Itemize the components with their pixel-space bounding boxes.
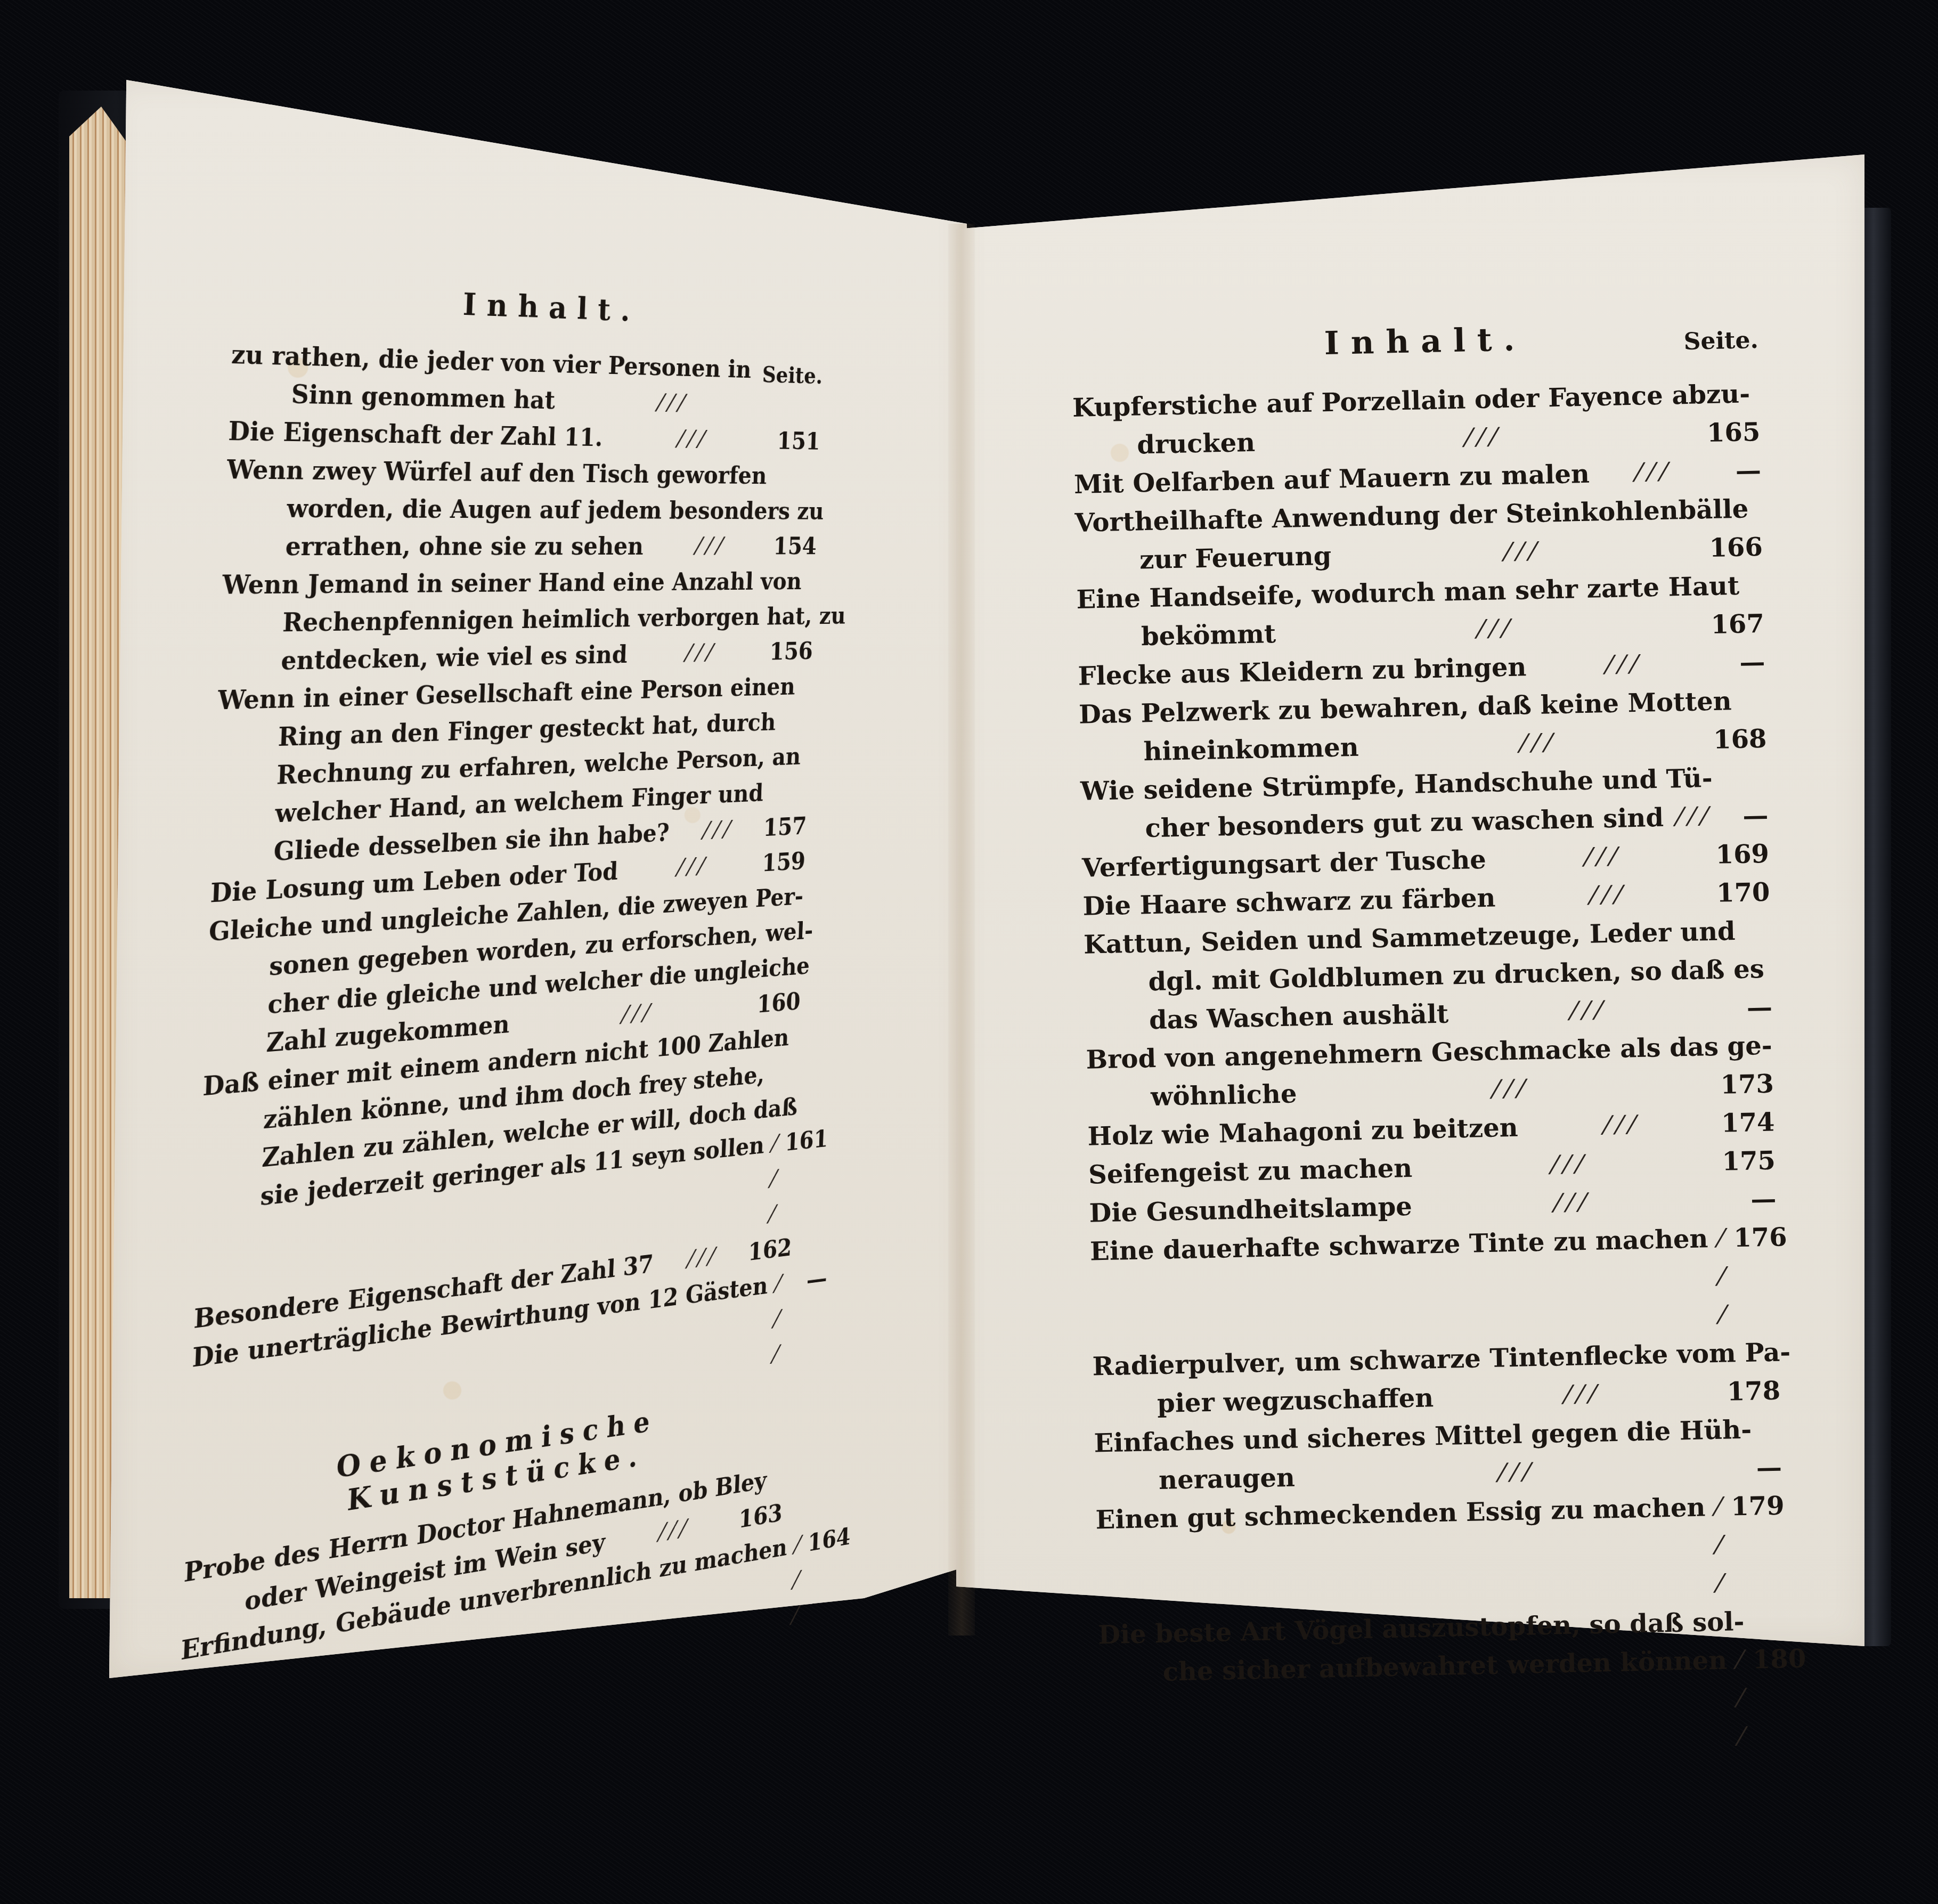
toc-entry-text: neraugen <box>1158 1459 1295 1500</box>
toc-entry-text: errathen, ohne sie zu sehen <box>284 528 644 566</box>
page-number: 169 <box>1715 835 1770 874</box>
toc-entry: Die beste Art Vögel auszustopfen, so daß… <box>1098 1601 1788 1769</box>
toc-entry-text: Wenn Jemand in seiner Hand eine Anzahl v… <box>222 564 802 605</box>
right-page-text: Inhalt. Seite. Kupferstiche auf Porzella… <box>1071 316 1788 1769</box>
leader-dots: ⁄ ⁄ ⁄ <box>643 528 774 564</box>
page-number: 173 <box>1720 1065 1774 1104</box>
leader-dots: ⁄ ⁄ ⁄ <box>602 420 778 459</box>
toc-list: Kupferstiche auf Porzellain oder Fayence… <box>1072 375 1788 1769</box>
leader-dots: ⁄ ⁄ ⁄ <box>1486 836 1716 879</box>
page-number: 154 <box>773 529 817 564</box>
toc-entry-text: Wenn zwey Würfel auf den Tisch geworfen <box>226 451 767 494</box>
page-number: 174 <box>1721 1103 1775 1143</box>
leader-dots: ⁄ ⁄ ⁄ <box>626 634 770 673</box>
leader-dots: ⁄ ⁄ ⁄ <box>1526 644 1718 686</box>
toc-entry: Kupferstiche auf Porzellain oder Fayence… <box>1072 375 1761 466</box>
leader-dots: ⁄ ⁄ ⁄ <box>1412 1143 1722 1187</box>
page-number: 179 <box>1731 1487 1784 1526</box>
leader-dots: ⁄ ⁄ ⁄ <box>761 1125 786 1233</box>
page-number: 164 <box>807 1519 846 1561</box>
photo-scene: Inhalt. Seite. zu rathen, die jeder von … <box>0 0 1938 1904</box>
toc-entry: Wie seidene Strümpfe, Handschuhe und Tü-… <box>1080 758 1769 849</box>
page-number: 175 <box>1722 1142 1776 1181</box>
leader-dots: ⁄ ⁄ ⁄ <box>1727 1641 1755 1756</box>
page-number: — <box>1713 451 1761 491</box>
toc-entry-text: Die Gesundheitslampe <box>1089 1187 1412 1233</box>
page-number: 180 <box>1752 1640 1801 1679</box>
page-number: — <box>1728 1180 1777 1219</box>
toc-entry-text: hineinkommen <box>1143 728 1359 771</box>
toc-entry-text: bekömmt <box>1141 615 1276 656</box>
leader-dots: ⁄ ⁄ ⁄ <box>1663 798 1721 837</box>
leader-dots: ⁄ ⁄ ⁄ <box>1433 1373 1727 1418</box>
toc-entry-text: zur Feuerung <box>1139 537 1332 580</box>
page-number: 159 <box>761 844 806 881</box>
page-number: — <box>788 1260 828 1300</box>
page-number <box>783 414 821 415</box>
toc-entry-text: drucken <box>1137 424 1256 465</box>
page-number: 170 <box>1716 873 1770 913</box>
toc-entry-text: Sinn genommen hat <box>291 376 556 419</box>
toc-entry: Einfaches und sicheres Mittel gegen die … <box>1094 1410 1782 1501</box>
toc-entry-text: Seifengeist zu machen <box>1088 1149 1412 1194</box>
page-number: 168 <box>1713 720 1767 759</box>
leader-dots: ⁄ ⁄ ⁄ <box>555 383 784 424</box>
page-number: — <box>1724 988 1772 1028</box>
leader-dots: ⁄ ⁄ ⁄ <box>1705 1488 1733 1604</box>
leader-dots: ⁄ ⁄ ⁄ <box>764 1265 789 1374</box>
page-number: — <box>1717 643 1765 682</box>
page-number: 178 <box>1727 1372 1781 1411</box>
page-number: 161 <box>785 1121 825 1160</box>
page-number: 166 <box>1709 528 1763 567</box>
seite-label: Seite. <box>1683 327 1758 355</box>
toc-entry-line: Wenn Jemand in seiner Hand eine Anzahl v… <box>222 564 816 604</box>
page-number: 162 <box>747 1230 792 1271</box>
leader-dots: ⁄ ⁄ ⁄ <box>1448 989 1724 1034</box>
left-page-text: Inhalt. Seite. zu rathen, die jeder von … <box>177 277 825 1748</box>
toc-list: zu rathen, die jeder von vier Personen i… <box>189 336 824 1455</box>
toc-entry: Brod von angenehmern Geschmacke als das … <box>1086 1027 1774 1118</box>
page-number: 160 <box>756 984 801 1023</box>
leader-dots: ⁄ ⁄ ⁄ <box>1589 452 1714 493</box>
toc-entry: Vortheilhafte Anwendung der Steinkohlenb… <box>1074 490 1763 581</box>
leader-dots: ⁄ ⁄ ⁄ <box>1708 1219 1736 1335</box>
toc-entry-line: errathen, ohne sie zu sehen⁄ ⁄ ⁄154 <box>223 527 817 566</box>
toc-entry: Eine dauerhafte schwarze Tinte zu machen… <box>1089 1218 1779 1348</box>
leader-dots: ⁄ ⁄ ⁄ <box>1495 874 1717 917</box>
page-number: 165 <box>1706 413 1761 452</box>
leader-dots: ⁄ ⁄ ⁄ <box>784 1526 809 1635</box>
toc-entry: Eine Handseife, wodurch man sehr zarte H… <box>1076 566 1765 657</box>
toc-entry: Wenn zwey Würfel auf den Tisch geworfenw… <box>223 451 820 566</box>
toc-entry-line: worden, die Augen auf jedem besonders zu <box>225 489 819 529</box>
toc-entry: Wenn Jemand in seiner Hand eine Anzahl v… <box>218 564 816 681</box>
page-number: 156 <box>769 634 813 670</box>
leader-dots: ⁄ ⁄ ⁄ <box>669 811 764 851</box>
toc-entry: Radierpulver, um schwarze Tintenflecke v… <box>1092 1333 1781 1425</box>
toc-entry-line: Einen gut schmeckenden Essig zu machen⁄ … <box>1095 1487 1785 1616</box>
toc-entry-line: Eine dauerhafte schwarze Tinte zu machen… <box>1089 1218 1779 1348</box>
leader-dots: ⁄ ⁄ ⁄ <box>1518 1104 1722 1147</box>
toc-entry: Wenn in einer Gesellschaft eine Person e… <box>211 669 812 874</box>
page-number: 151 <box>777 424 821 459</box>
toc-entry-text: pier wegzuschaffen <box>1157 1379 1434 1423</box>
page-number: 176 <box>1733 1218 1782 1257</box>
page-number: 157 <box>763 809 808 846</box>
toc-entry: Das Pelzwerk zu bewahren, daß keine Mott… <box>1078 681 1767 772</box>
book-gutter <box>948 224 975 1636</box>
page-number: 167 <box>1711 605 1765 644</box>
toc-entry: Kattun, Seiden und Sammetzeuge, Leder un… <box>1083 912 1772 1041</box>
leader-dots: ⁄ ⁄ ⁄ <box>1358 721 1714 767</box>
page-number: — <box>1720 796 1769 836</box>
leader-dots: ⁄ ⁄ ⁄ <box>1412 1181 1729 1226</box>
toc-entry-text: wöhnliche <box>1150 1075 1297 1116</box>
page-number: — <box>1733 1449 1782 1488</box>
toc-entry-text: worden, die Augen auf jedem besonders zu <box>286 490 824 529</box>
toc-entry-text: Die Eigenschaft der Zahl 11. <box>227 412 603 456</box>
toc-entry: zu rathen, die jeder von vier Personen i… <box>229 336 823 425</box>
toc-entry-line: che sicher aufbewahret werden können⁄ ⁄ … <box>1098 1640 1788 1769</box>
toc-entry: Einen gut schmeckenden Essig zu machen⁄ … <box>1095 1487 1785 1616</box>
toc-entry-text: das Waschen aushält <box>1149 995 1448 1039</box>
